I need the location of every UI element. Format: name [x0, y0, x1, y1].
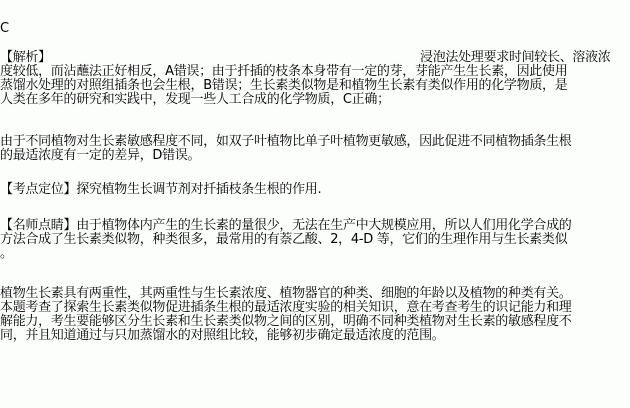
teacher-note-para2-line: 本题考查了探索生长素类似物促进插条生根的最适浓度实验的相关知识，意在考查考生的识… — [0, 301, 572, 315]
teacher-note-para2-line: 植物生长素具有两重性，其两重性与生长素浓度、植物器官的种类、细胞的年龄以及植物的… — [0, 287, 572, 301]
teacher-note-line: 【名师点睛】由于植物体内产生的生长素的量很少，无法在生产中大规模应用，所以人们用… — [0, 219, 572, 233]
teacher-note-para2-line: 同，并且知道通过与只加蒸馏水的对照组比较，能够初步确定最适浓度的范围。 — [0, 329, 445, 343]
analysis-line: 度较低，而沾蘸法正好相反，A错误；由于扦插的枝条本身带有一定的芽，芽能产生生长素… — [0, 65, 567, 79]
analysis-para2-line: 由于不同植物对生长素敏感程度不同，如双子叶植物比单子叶植物更敏感，因此促进不同植… — [0, 135, 572, 149]
teacher-note-line: 方法合成了生长素类似物，种类很多，最常用的有萘乙酸、2，4-D 等，它们的生理作… — [0, 233, 567, 247]
key-point: 【考点定位】探究植物生长调节剂对扦插枝条生根的作用. — [0, 183, 321, 197]
analysis-para2-line: 的最适浓度有一定的差异，D错误。 — [0, 149, 200, 163]
answer-letter: C — [0, 22, 9, 36]
teacher-note-para2-line: 解能力，考生要能够区分生长素和生长素类似物之间的区别，明确不同种类植物对生长素的… — [0, 315, 572, 329]
analysis-line: 蒸馏水处理的对照组插条也会生根，B错误；生长素类似物是和植物生长素有类似作用的化… — [0, 79, 567, 93]
teacher-note-line: 。 — [0, 247, 13, 261]
analysis-line: 人类在多年的研究和实践中，发现一些人工合成的化学物质，C正确； — [0, 93, 390, 107]
analysis-header: 【解析】 — [0, 51, 51, 65]
analysis-header-tail: 浸泡法处理要求时间较长、溶液浓 — [420, 51, 611, 65]
